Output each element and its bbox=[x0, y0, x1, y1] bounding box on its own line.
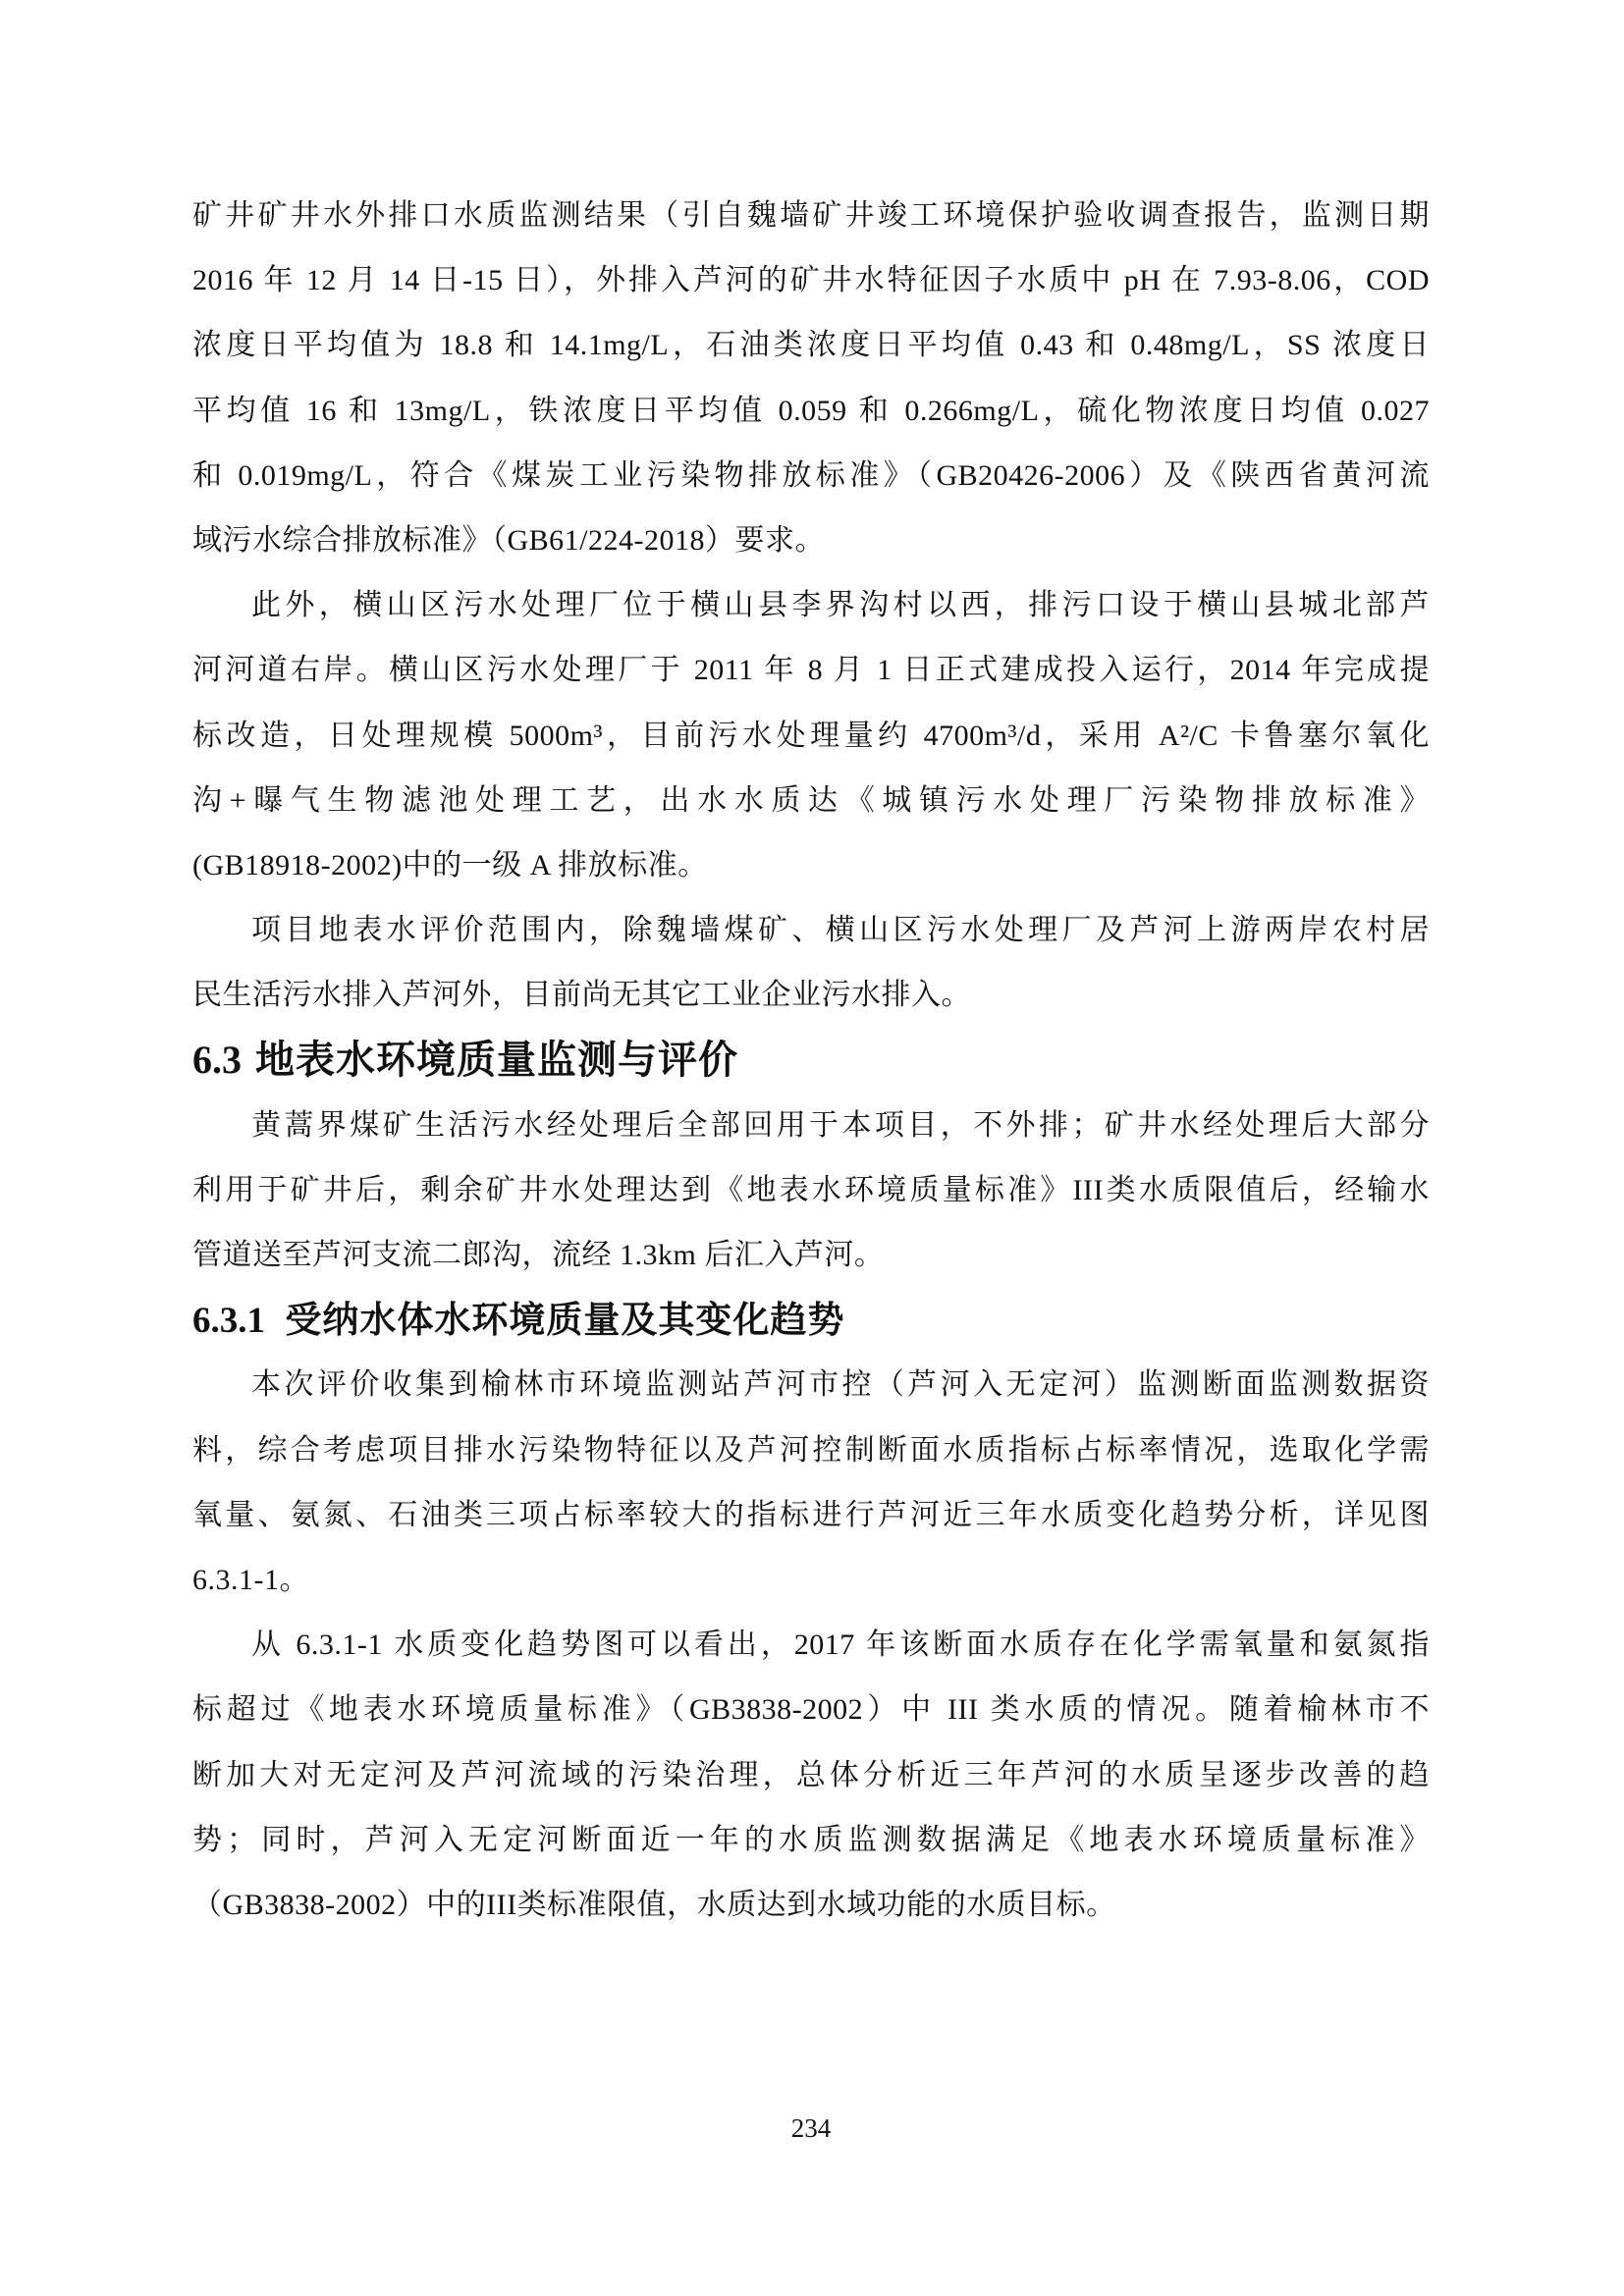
paragraph-line: （GB3838-2002）中的III类标准限值，水质达到水域功能的水质目标。 bbox=[192, 1873, 1430, 1938]
paragraph-line: 本次评价收集到榆林市环境监测站芦河市控（芦河入无定河）监测断面监测数据资 bbox=[192, 1353, 1430, 1417]
heading-number: 6.3 bbox=[192, 1038, 242, 1082]
heading-title: 地表水环境质量监测与评价 bbox=[255, 1039, 738, 1082]
paragraph-line: 此外，横山区污水处理厂位于横山县李界沟村以西，排污口设于横山县城北部芦 bbox=[192, 573, 1430, 638]
paragraph-line: 沟+曝气生物滤池处理工艺，出水水质达《城镇污水处理厂污染物排放标准》 bbox=[192, 769, 1430, 833]
paragraph-line: 2016 年 12 月 14 日-15 日），外排入芦河的矿井水特征因子水质中 … bbox=[192, 248, 1430, 313]
paragraph-line: 料，综合考虑项目排水污染物特征以及芦河控制断面水质指标占标率情况，选取化学需 bbox=[192, 1418, 1430, 1483]
paragraph-line: 势；同时，芦河入无定河断面近一年的水质监测数据满足《地表水环境质量标准》 bbox=[192, 1808, 1430, 1873]
paragraph-line: 利用于矿井后，剩余矿井水处理达到《地表水环境质量标准》III类水质限值后，经输水 bbox=[192, 1158, 1430, 1223]
paragraph-line: 浓度日平均值为 18.8 和 14.1mg/L，石油类浓度日平均值 0.43 和… bbox=[192, 313, 1430, 378]
document-content: 矿井矿井水外排口水质监测结果（引自魏墙矿井竣工环境保护验收调查报告，监测日期20… bbox=[192, 184, 1430, 1938]
paragraph-line: 和 0.019mg/L，符合《煤炭工业污染物排放标准》（GB20426-2006… bbox=[192, 444, 1430, 508]
paragraph-line: 标改造，日处理规模 5000m³，目前污水处理量约 4700m³/d，采用 A²… bbox=[192, 704, 1430, 769]
paragraph-line: 氧量、氨氮、石油类三项占标率较大的指标进行芦河近三年水质变化趋势分析，详见图 bbox=[192, 1483, 1430, 1548]
page-number: 234 bbox=[192, 2109, 1430, 2148]
paragraph-line: 从 6.3.1-1 水质变化趋势图可以看出，2017 年该断面水质存在化学需氧量… bbox=[192, 1613, 1430, 1678]
heading-number: 6.3.1 bbox=[192, 1301, 265, 1341]
heading-title: 受纳水体水环境质量及其变化趋势 bbox=[285, 1300, 844, 1340]
paragraph-line: 平均值 16 和 13mg/L，铁浓度日平均值 0.059 和 0.266mg/… bbox=[192, 379, 1430, 444]
paragraph-line: 标超过《地表水环境质量标准》（GB3838-2002）中 III 类水质的情况。… bbox=[192, 1678, 1430, 1742]
paragraph-line: 矿井矿井水外排口水质监测结果（引自魏墙矿井竣工环境保护验收调查报告，监测日期 bbox=[192, 184, 1430, 248]
paragraph-line: 河河道右岸。横山区污水处理厂于 2011 年 8 月 1 日正式建成投入运行，2… bbox=[192, 638, 1430, 703]
paragraph-line: 民生活污水排入芦河外，目前尚无其它工业企业污水排入。 bbox=[192, 963, 1430, 1028]
paragraph-line: 6.3.1-1。 bbox=[192, 1548, 1430, 1613]
subsection-heading: 6.3.1受纳水体水环境质量及其变化趋势 bbox=[192, 1288, 1430, 1353]
paragraph-line: 断加大对无定河及芦河流域的污染治理，总体分析近三年芦河的水质呈逐步改善的趋 bbox=[192, 1743, 1430, 1808]
paragraph-line: 管道送至芦河支流二郎沟，流经 1.3km 后汇入芦河。 bbox=[192, 1223, 1430, 1288]
document-page: 矿井矿井水外排口水质监测结果（引自魏墙矿井竣工环境保护验收调查报告，监测日期20… bbox=[0, 0, 1624, 2296]
paragraph-line: 黄蒿界煤矿生活污水经处理后全部回用于本项目，不外排；矿井水经处理后大部分 bbox=[192, 1094, 1430, 1158]
paragraph-line: 域污水综合排放标准》（GB61/224-2018）要求。 bbox=[192, 508, 1430, 573]
section-heading: 6.3地表水环境质量监测与评价 bbox=[192, 1028, 1430, 1093]
paragraph-line: 项目地表水评价范围内，除魏墙煤矿、横山区污水处理厂及芦河上游两岸农村居 bbox=[192, 898, 1430, 963]
paragraph-line: (GB18918-2002)中的一级 A 排放标准。 bbox=[192, 833, 1430, 898]
